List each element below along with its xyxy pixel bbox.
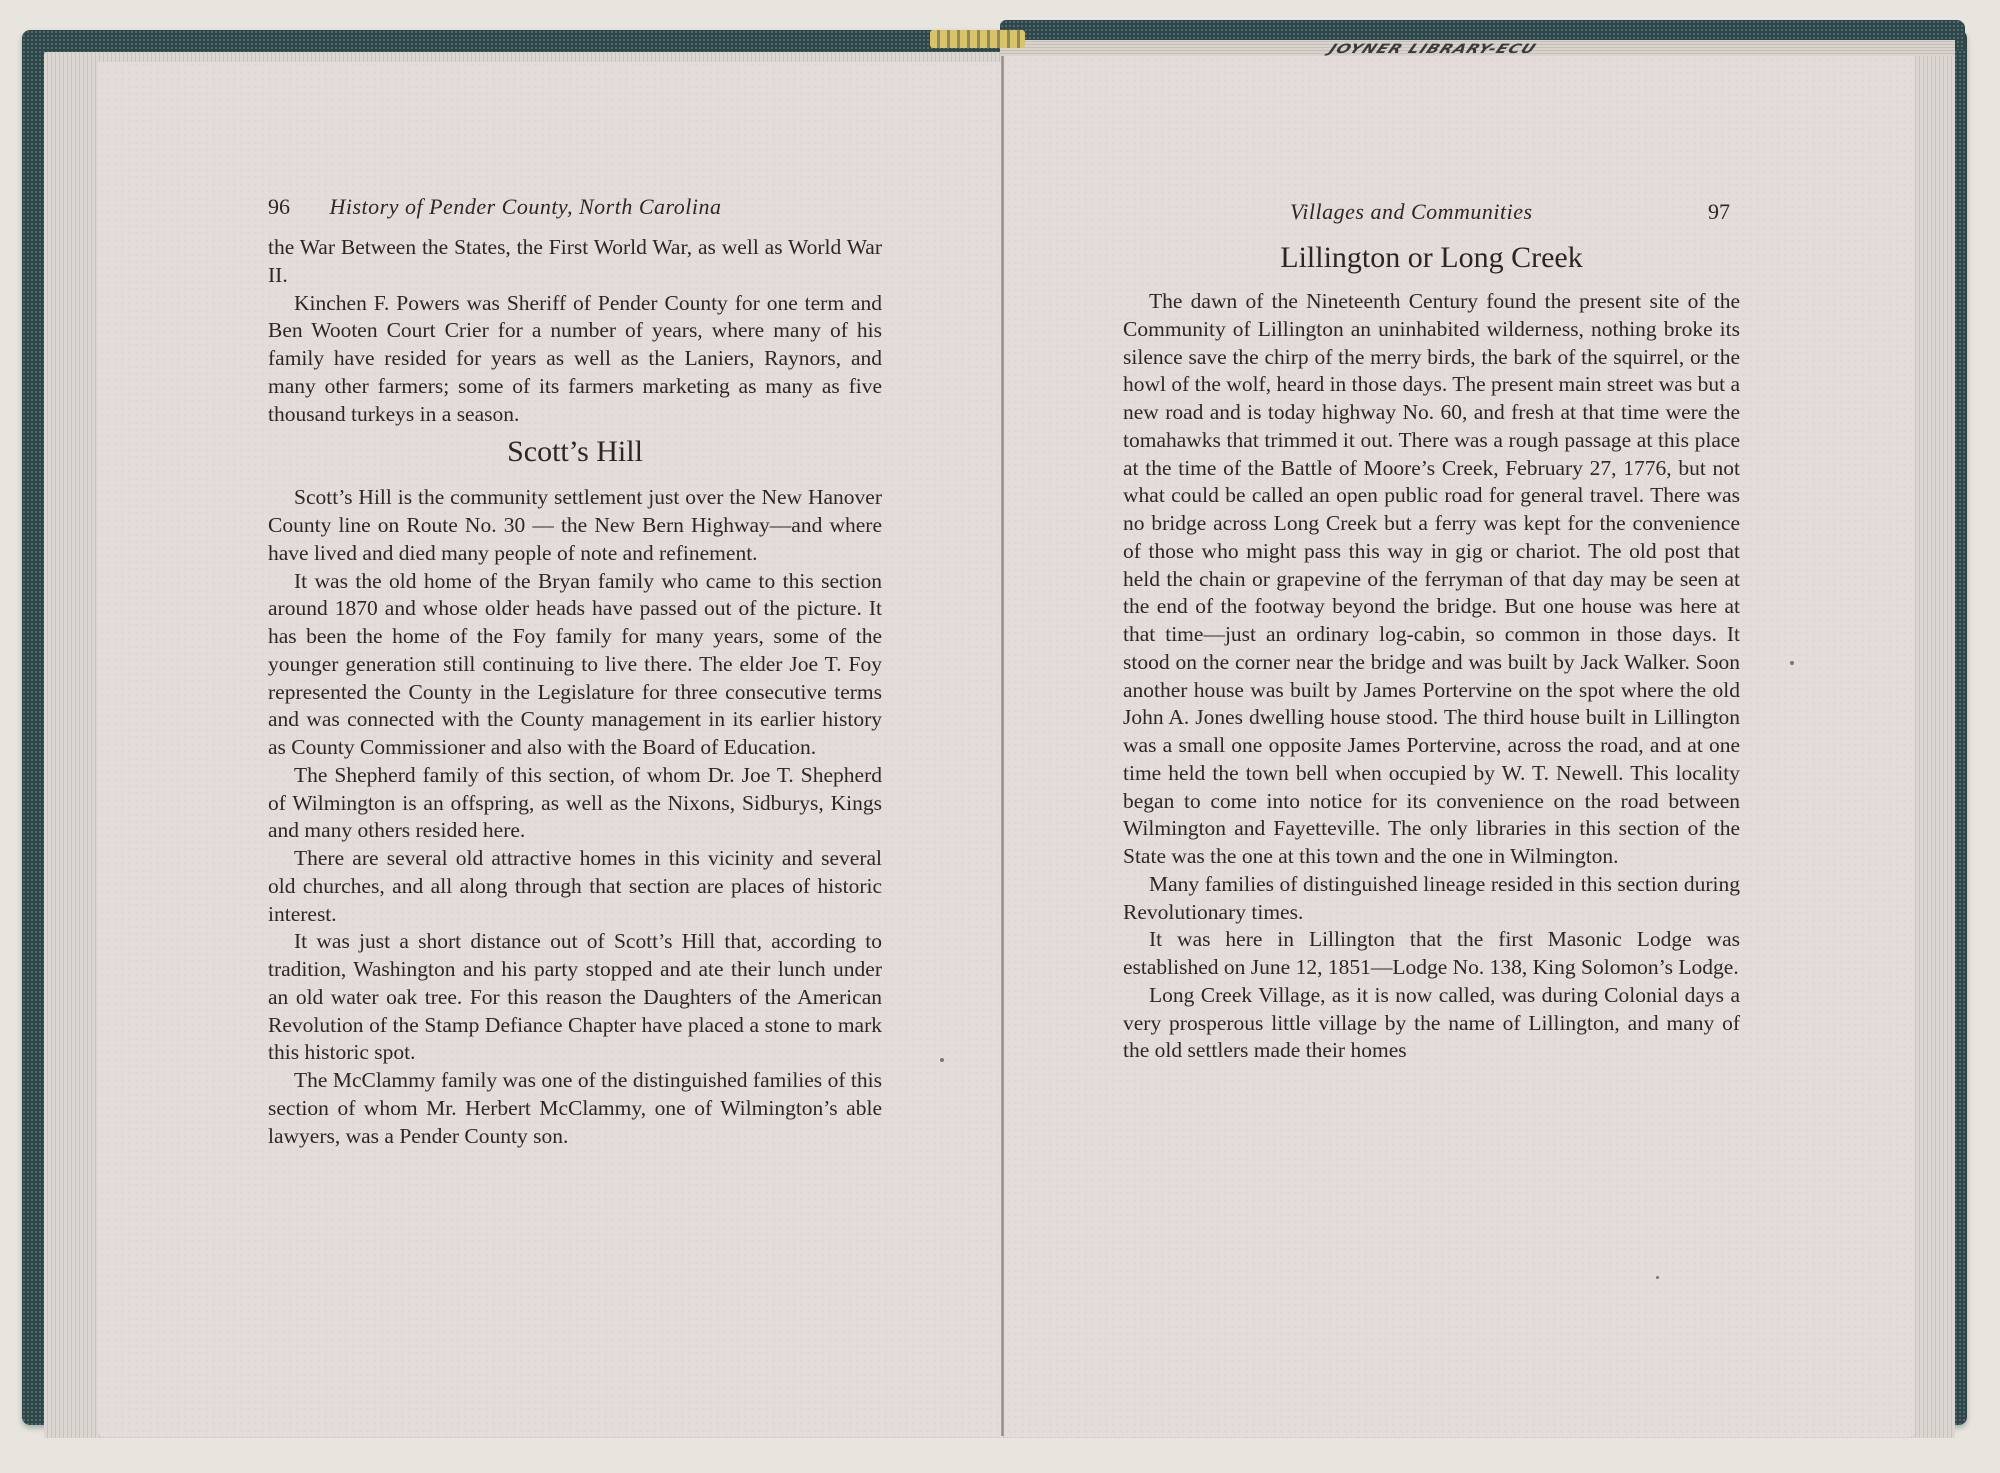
left-running-head: 96 History of Pender County, North Carol…	[268, 194, 721, 220]
paragraph: The McClammy family was one of the disti…	[268, 1067, 882, 1150]
page-number: 97	[1708, 199, 1730, 224]
right-running-head: Villages and Communities	[1290, 199, 1533, 225]
paragraph: There are several old attractive homes i…	[268, 845, 882, 928]
paragraph: The Shepherd family of this section, of …	[268, 762, 882, 845]
paragraph: Kinchen F. Powers was Sheriff of Pender …	[268, 290, 882, 429]
paper-fleck	[1790, 661, 1794, 665]
paragraph: The dawn of the Nineteenth Century found…	[1123, 288, 1740, 871]
paragraph: It was just a short distance out of Scot…	[268, 928, 882, 1067]
section-title: Lillington or Long Creek	[1123, 240, 1740, 276]
paragraph: It was the old home of the Bryan family …	[268, 568, 882, 762]
paper-fleck	[1656, 1276, 1659, 1279]
right-text-block: Lillington or Long Creek The dawn of the…	[1123, 240, 1740, 1065]
library-edge-stamp: JOYNER LIBRARY-ECU	[1326, 41, 1539, 56]
paragraph: Many families of distinguished lineage r…	[1123, 871, 1740, 927]
paragraph: the War Between the States, the First Wo…	[268, 234, 882, 290]
paragraph: It was here in Lillington that the first…	[1123, 926, 1740, 982]
running-title: Villages and Communities	[1290, 199, 1533, 224]
book-gutter	[1001, 56, 1004, 1436]
running-title: History of Pender County, North Carolina	[330, 194, 722, 219]
page-number: 96	[268, 194, 290, 219]
section-title: Scott’s Hill	[268, 434, 882, 470]
paragraph: Long Creek Village, as it is now called,…	[1123, 982, 1740, 1065]
paper-fleck	[940, 1058, 944, 1062]
paragraph: Scott’s Hill is the community settlement…	[268, 484, 882, 567]
left-text-block: the War Between the States, the First Wo…	[268, 234, 882, 1150]
headband	[930, 30, 1025, 48]
right-page-number-wrap: 97	[1708, 199, 1730, 225]
